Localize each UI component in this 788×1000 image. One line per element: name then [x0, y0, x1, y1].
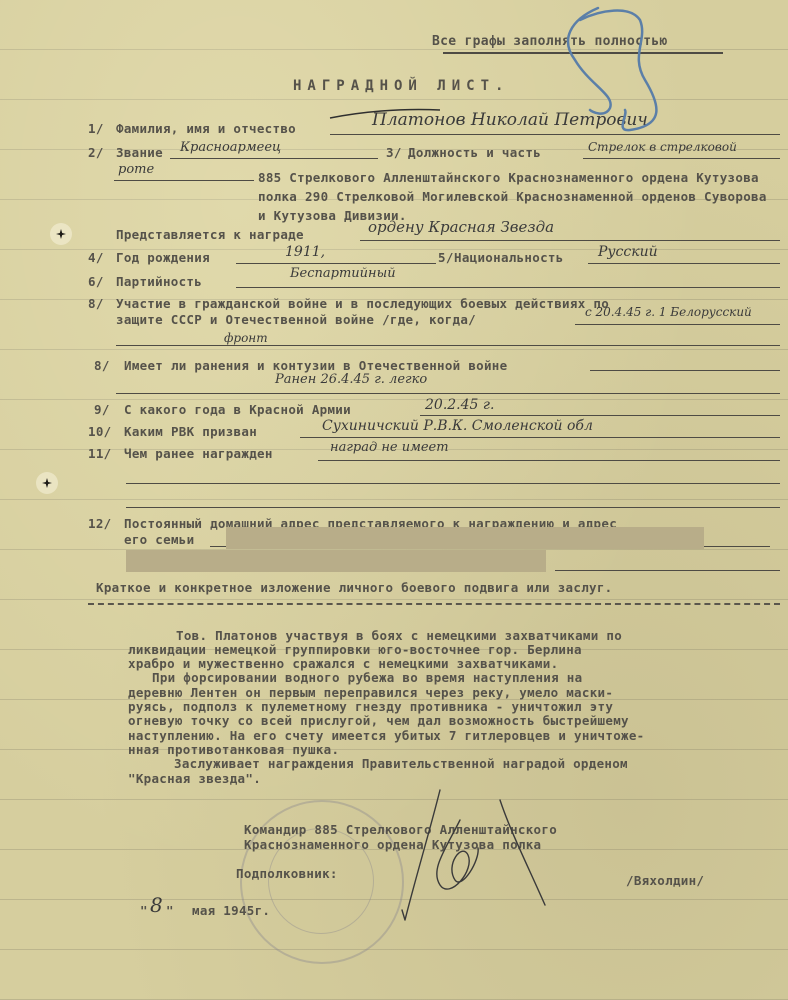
heading-dashed-underline	[88, 603, 780, 605]
page-title: НАГРАДНОЙ ЛИСТ.	[293, 78, 509, 94]
field-value: Красноармеец	[180, 140, 281, 155]
feat-line: руясь, подполз к пулеметному гнезду прот…	[128, 699, 613, 714]
field-value: Платонов Николай Петрович	[372, 110, 648, 130]
field-label: Фамилия, имя и отчество	[116, 121, 296, 136]
redacted-address-block	[126, 550, 546, 572]
field-label: Имеет ли ранения и контузии в Отечествен…	[124, 358, 507, 373]
commander-name: /Вяхолдин/	[626, 873, 704, 888]
field-value: наград не имеет	[330, 440, 449, 455]
field-value: с 20.4.45 г. 1 Белорусский	[585, 305, 752, 319]
field-label: Чем ранее награжден	[124, 446, 273, 461]
feat-line: храбро и мужественно сражался с немецким…	[128, 656, 558, 671]
redacted-address-block	[226, 527, 704, 549]
field-label: Звание	[116, 145, 163, 160]
field-label: Партийность	[116, 274, 202, 289]
field-value: 1911,	[285, 244, 325, 260]
feat-line: огневую точку со всей прислугой, чем дал…	[128, 713, 629, 728]
commander-signature-icon	[402, 790, 545, 920]
date-day: 8	[150, 893, 163, 917]
field-value: Сухиничский Р.В.К. Смоленской обл	[322, 418, 593, 434]
feat-line: Заслуживает награждения Правительственно…	[174, 756, 628, 771]
feat-line: ликвидации немецкой группировки юго-вост…	[128, 642, 582, 657]
feat-line: деревню Лентен он первым переправился че…	[128, 685, 613, 700]
instruction-underline	[443, 52, 723, 54]
field-value: Русский	[598, 244, 658, 260]
field-label: Участие в гражданской войне и в последую…	[116, 296, 609, 311]
field-value: Стрелок в стрелковой	[588, 140, 737, 154]
field-label: Национальность	[454, 250, 564, 265]
feat-line: нная противотанковая пушка.	[128, 742, 339, 757]
field-label: С какого года в Красной Армии	[124, 402, 351, 417]
feat-line: "Красная звезда".	[128, 771, 261, 786]
field-label: Каким РВК призван	[124, 424, 257, 439]
feat-line: При форсировании водного рубежа во время…	[152, 670, 582, 685]
commander-line2: Краснознаменного ордена Кутузова полка	[244, 837, 541, 852]
commander-line1: Командир 885 Стрелкового Алленштайнского	[244, 822, 557, 837]
field-value: Ранен 26.4.45 г. легко	[275, 372, 427, 387]
fill-instruction: Все графы заполнять полностью	[432, 34, 668, 49]
field-value: ордену Красная Звезда	[368, 218, 554, 236]
feat-line: Тов. Платонов участвуя в боях с немецким…	[176, 628, 622, 643]
feat-heading: Краткое и конкретное изложение личного б…	[96, 580, 613, 595]
field-label: Представляется к награде	[116, 227, 304, 242]
commander-rank: Подполковник:	[236, 866, 338, 881]
date-month-year: мая 1945г.	[192, 903, 270, 918]
field-label: Год рождения	[116, 250, 210, 265]
field-value: 20.2.45 г.	[425, 397, 494, 413]
field-label: Должность и часть	[408, 145, 541, 160]
field-value: Беспартийный	[290, 266, 396, 281]
feat-line: наступлению. На его счету имеется убитых…	[128, 728, 645, 743]
